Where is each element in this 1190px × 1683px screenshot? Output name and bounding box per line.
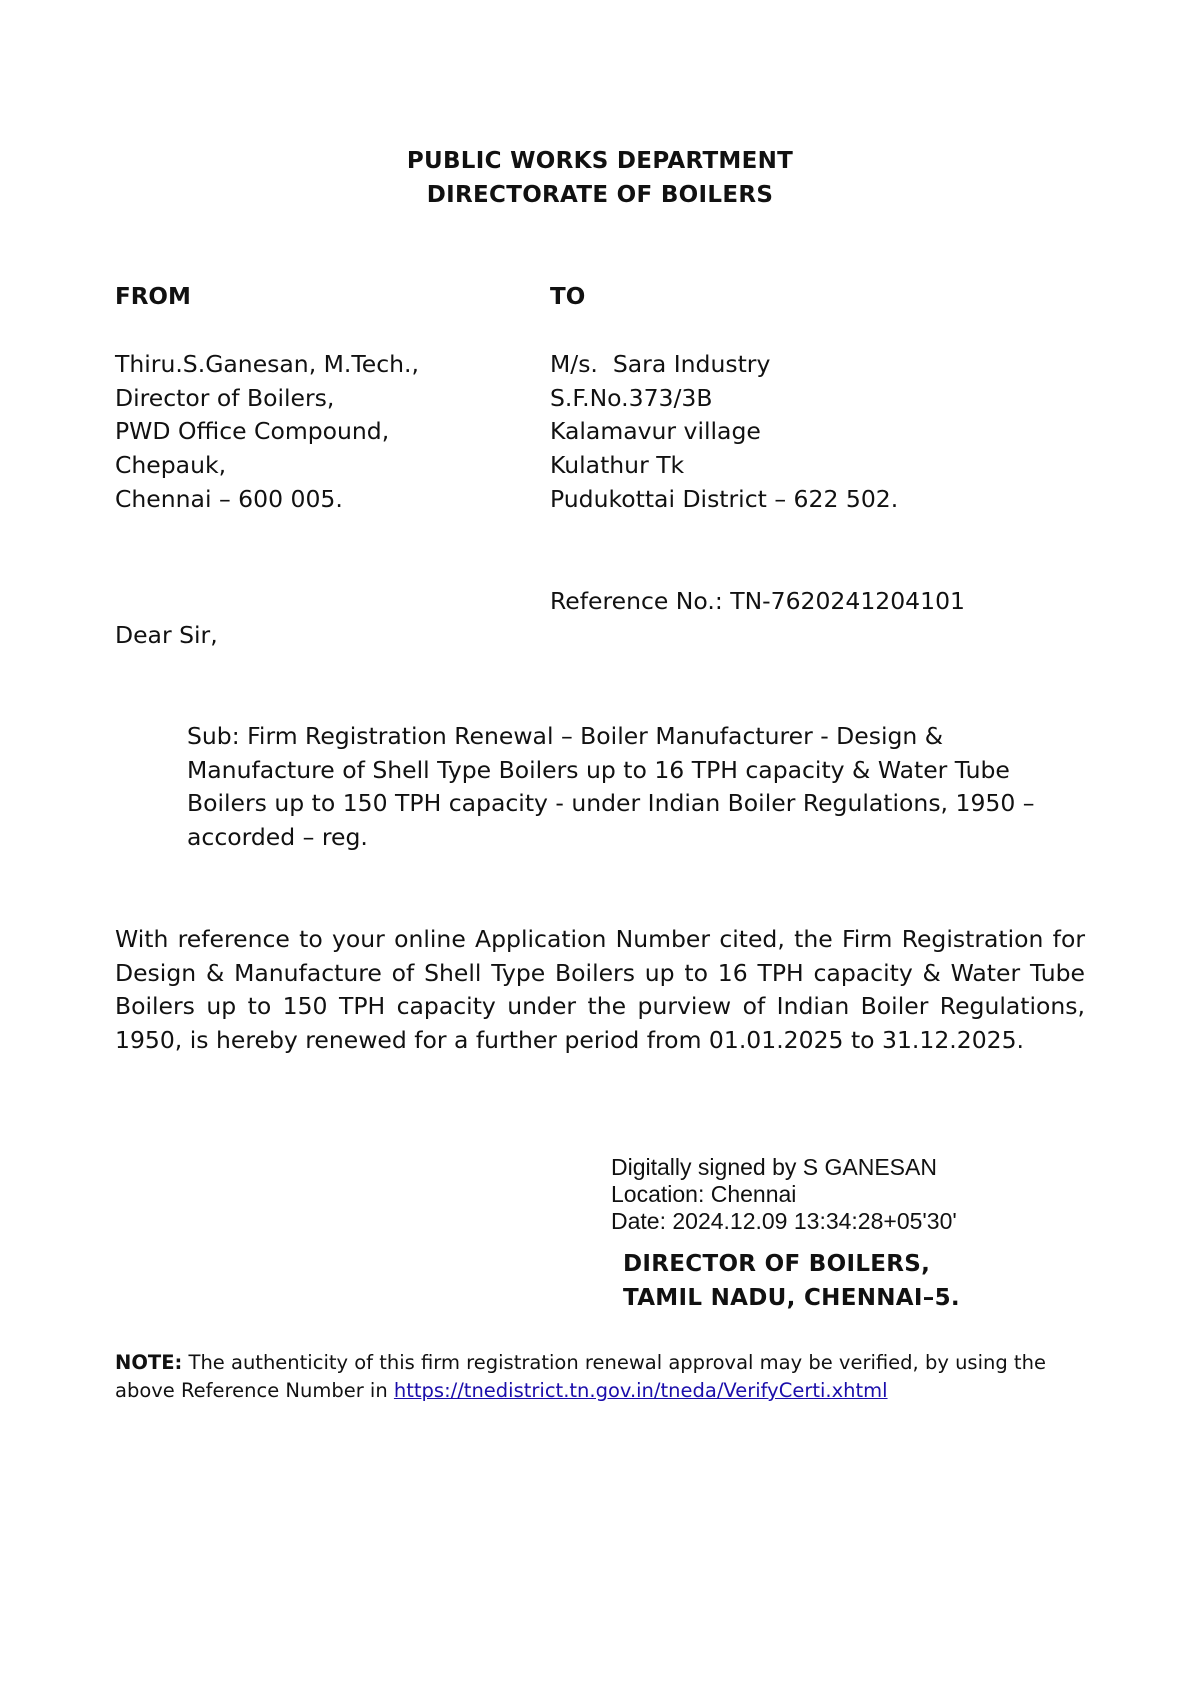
sender-line: PWD Office Compound, — [115, 415, 419, 449]
sender-line: Chennai – 600 005. — [115, 483, 419, 517]
sender-address: Thiru.S.Ganesan, M.Tech., Director of Bo… — [115, 348, 419, 517]
subject-line: Boilers up to 150 TPH capacity - under I… — [187, 787, 1087, 821]
designation-line: DIRECTOR OF BOILERS, — [623, 1247, 960, 1281]
note-label: NOTE: — [115, 1351, 182, 1374]
subject-block: Sub: Firm Registration Renewal – Boiler … — [187, 720, 1087, 855]
directorate-title: DIRECTORATE OF BOILERS — [0, 182, 1190, 208]
designation-block: DIRECTOR OF BOILERS, TAMIL NADU, CHENNAI… — [623, 1247, 960, 1315]
digital-signature: Digitally signed by S GANESAN Location: … — [611, 1154, 957, 1235]
body-paragraph: With reference to your online Applicatio… — [115, 923, 1085, 1058]
from-label: FROM — [115, 284, 191, 310]
recipient-line: M/s. Sara Industry — [550, 348, 898, 382]
signed-by: Digitally signed by S GANESAN — [611, 1154, 957, 1181]
sender-line: Director of Boilers, — [115, 382, 419, 416]
recipient-address: M/s. Sara Industry S.F.No.373/3B Kalamav… — [550, 348, 898, 517]
reference-number: Reference No.: TN-7620241204101 — [550, 585, 965, 619]
department-title: PUBLIC WORKS DEPARTMENT — [0, 148, 1190, 174]
recipient-line: Kalamavur village — [550, 415, 898, 449]
verification-note: NOTE: The authenticity of this firm regi… — [115, 1349, 1090, 1405]
signature-location: Location: Chennai — [611, 1181, 957, 1208]
to-label: TO — [550, 284, 585, 310]
recipient-line: Pudukottai District – 622 502. — [550, 483, 898, 517]
designation-line: TAMIL NADU, CHENNAI–5. — [623, 1281, 960, 1315]
recipient-line: Kulathur Tk — [550, 449, 898, 483]
sender-line: Chepauk, — [115, 449, 419, 483]
subject-line: accorded – reg. — [187, 821, 1087, 855]
recipient-line: S.F.No.373/3B — [550, 382, 898, 416]
subject-line: Sub: Firm Registration Renewal – Boiler … — [187, 720, 1087, 754]
verify-link[interactable]: https://tnedistrict.tn.gov.in/tneda/Veri… — [394, 1379, 888, 1402]
signature-date: Date: 2024.12.09 13:34:28+05'30' — [611, 1208, 957, 1235]
sender-line: Thiru.S.Ganesan, M.Tech., — [115, 348, 419, 382]
salutation: Dear Sir, — [115, 619, 218, 653]
subject-line: Manufacture of Shell Type Boilers up to … — [187, 754, 1087, 788]
